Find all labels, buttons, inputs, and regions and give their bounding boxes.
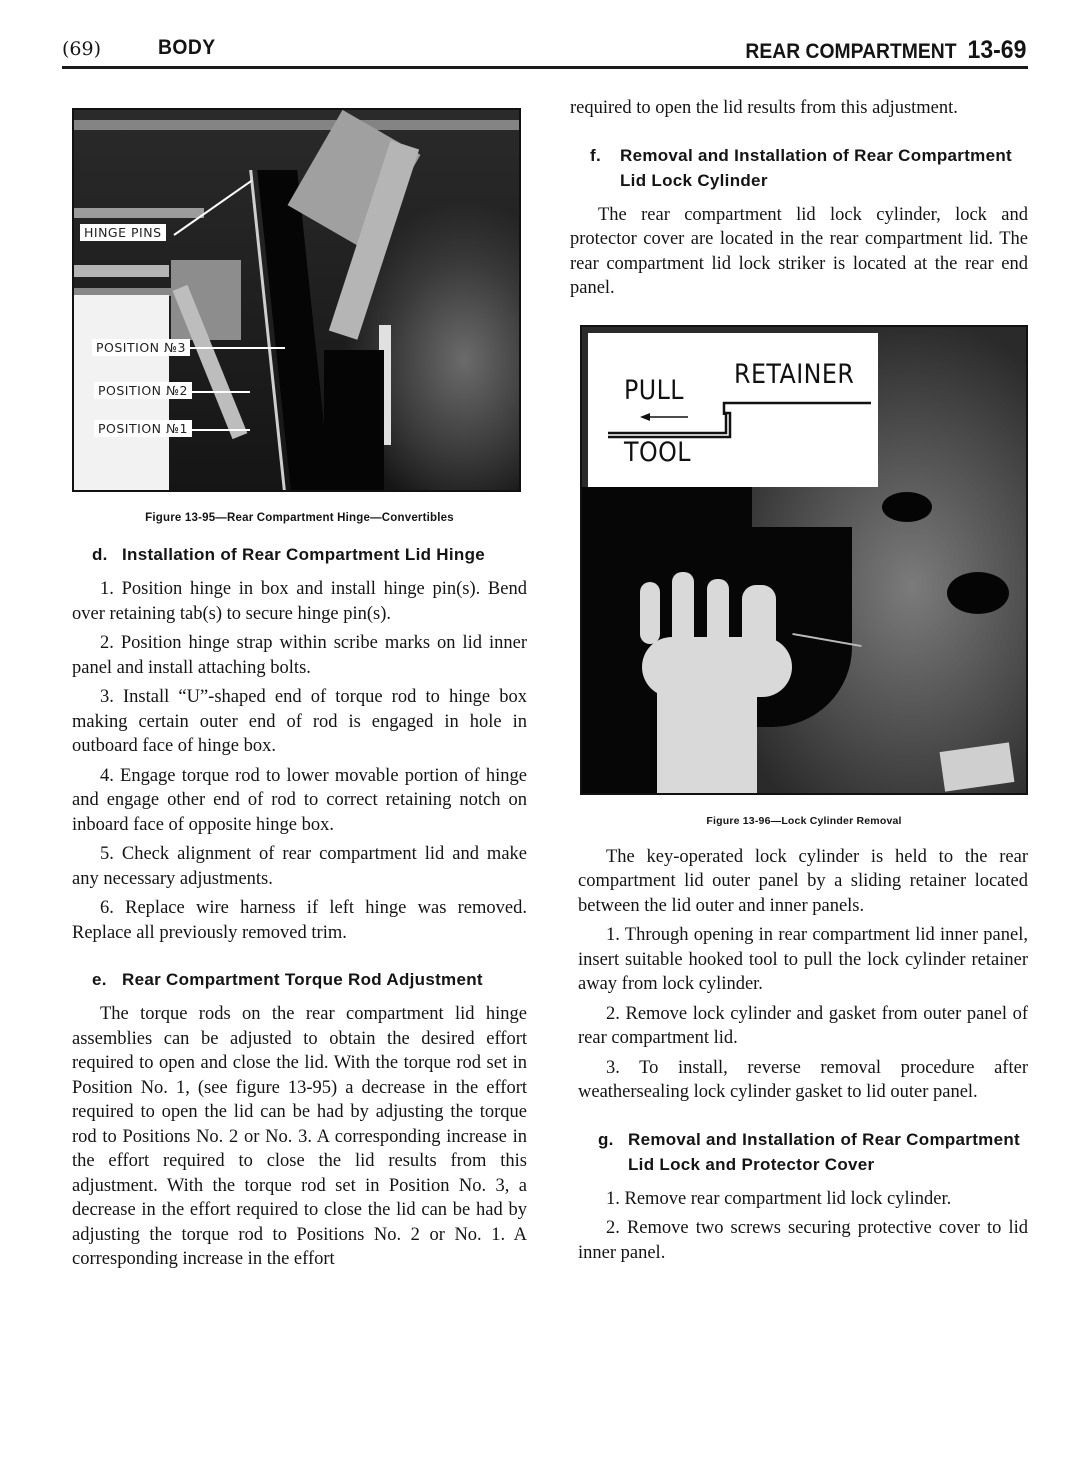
step-item: 2. Position hinge strap within scribe ma…	[72, 631, 527, 680]
section-heading-g: g.Removal and Installation of Rear Compa…	[598, 1127, 1028, 1177]
section-letter: f.	[590, 143, 620, 168]
figure-13-95-photo: HINGE PINS POSITION №3 POSITION №2 POSIT…	[72, 108, 521, 492]
figure-13-96-photo: PULL RETAINER TOOL	[580, 325, 1028, 795]
section-f-body: The key-operated lock cylinder is held t…	[578, 845, 1028, 1266]
step-item: 1. Position hinge in box and install hin…	[72, 577, 527, 626]
chapter-title: REAR COMPARTMENT	[745, 40, 956, 63]
step-item: 4. Engage torque rod to lower movable po…	[72, 764, 527, 838]
section-heading-d: d.Installation of Rear Compartment Lid H…	[92, 542, 527, 567]
label-hinge-pins: HINGE PINS	[80, 224, 166, 241]
wrist	[657, 677, 757, 793]
section-letter: d.	[92, 542, 122, 567]
step-item: 6. Replace wire harness if left hinge wa…	[72, 896, 527, 945]
section-letter: g.	[598, 1127, 628, 1152]
right-column: required to open the lid results from th…	[570, 96, 1028, 1270]
body-paragraph: The rear compartment lid lock cylinder, …	[570, 203, 1028, 301]
diagram-inset: PULL RETAINER TOOL	[588, 333, 878, 487]
step-item: 5. Check alignment of rear compartment l…	[72, 842, 527, 891]
panel-opening	[882, 492, 932, 522]
step-item: 1. Through opening in rear compartment l…	[578, 923, 1028, 997]
body-paragraph: The torque rods on the rear compartment …	[72, 1002, 527, 1272]
step-item: 3. Install “U”-shaped end of torque rod …	[72, 685, 527, 759]
finger	[640, 582, 660, 644]
section-title: Installation of Rear Compartment Lid Hin…	[122, 545, 485, 564]
chapter-page-number: 13-69	[967, 36, 1026, 64]
body-paragraph: The key-operated lock cylinder is held t…	[578, 845, 1028, 919]
section-title: Rear Compartment Torque Rod Adjustment	[122, 970, 483, 989]
label-position-3: POSITION №3	[92, 339, 190, 356]
step-item: 3. To install, reverse removal procedure…	[578, 1056, 1028, 1105]
section-heading-e: e.Rear Compartment Torque Rod Adjustment	[92, 967, 527, 992]
photo-top-rail	[74, 120, 519, 130]
arrow-head-icon	[640, 413, 650, 421]
section-title: Removal and Installation of Rear Compart…	[628, 1130, 1020, 1174]
figure-caption: Figure 13-95—Rear Compartment Hinge—Conv…	[72, 512, 527, 524]
manual-page: (69) BODY REAR COMPARTMENT13-69	[0, 0, 1088, 1478]
photo-rail	[74, 265, 169, 277]
chapter-heading: REAR COMPARTMENT13-69	[745, 36, 1026, 65]
photo-rail	[74, 208, 204, 218]
section-title: BODY	[158, 36, 216, 60]
panel-opening	[947, 572, 1009, 614]
photo-shadow	[324, 350, 384, 490]
label-position-1: POSITION №1	[94, 420, 192, 437]
page-header: (69) BODY REAR COMPARTMENT13-69	[62, 36, 1026, 66]
left-column: HINGE PINS POSITION №3 POSITION №2 POSIT…	[72, 100, 527, 1277]
step-item: 2. Remove two screws securing protective…	[578, 1216, 1028, 1265]
callout-line	[190, 347, 285, 349]
section-letter: e.	[92, 967, 122, 992]
figure-caption: Figure 13-96—Lock Cylinder Removal	[580, 815, 1028, 827]
section-heading-f: f.Removal and Installation of Rear Compa…	[590, 143, 1028, 193]
step-item: 2. Remove lock cylinder and gasket from …	[578, 1002, 1028, 1051]
retainer-outline	[724, 403, 871, 415]
hook-tool-diagram	[588, 333, 878, 487]
callout-line	[190, 429, 250, 431]
label-position-2: POSITION №2	[94, 382, 192, 399]
page-number: (69)	[62, 38, 101, 60]
callout-line	[190, 391, 250, 393]
step-item: 1. Remove rear compartment lid lock cyli…	[578, 1187, 1028, 1212]
section-title: Removal and Installation of Rear Compart…	[620, 146, 1012, 190]
body-paragraph-continued: required to open the lid results from th…	[570, 96, 1028, 121]
header-rule	[62, 66, 1028, 69]
